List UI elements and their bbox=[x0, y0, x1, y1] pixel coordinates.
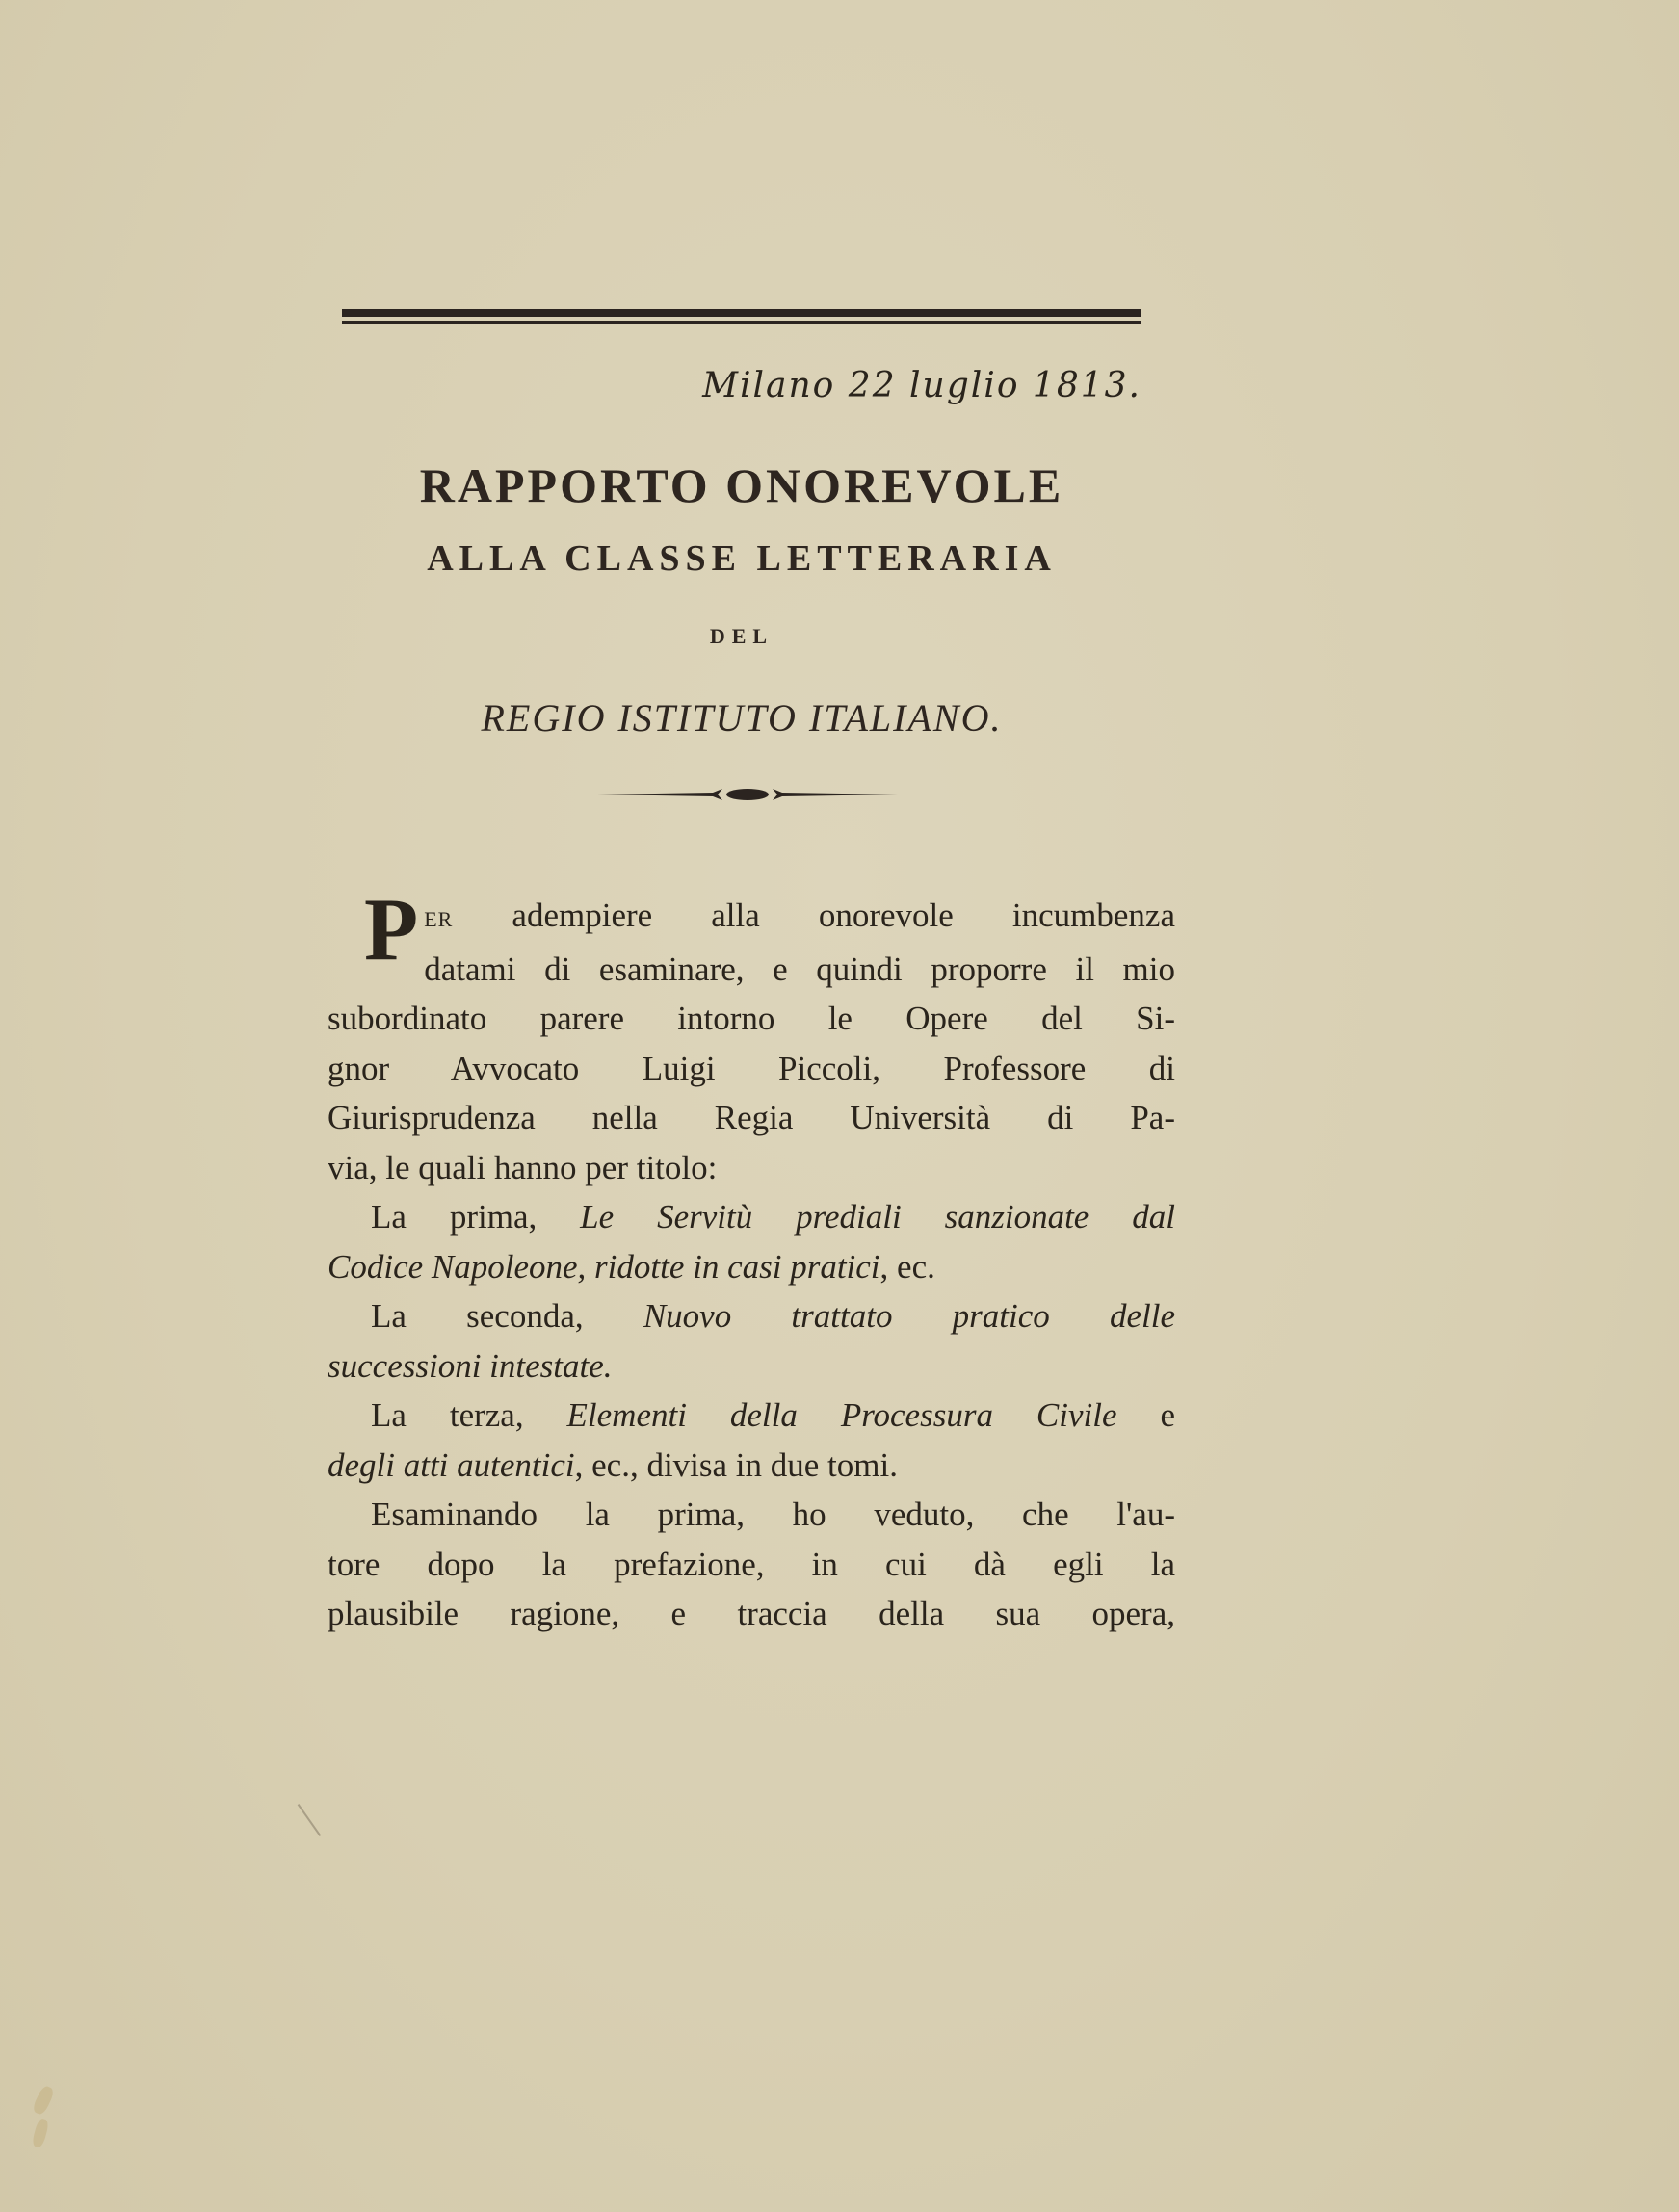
body-line: Giurisprudenza nella Regia Università di… bbox=[328, 1093, 1175, 1143]
title-line-4: REGIO ISTITUTO ITALIANO. bbox=[0, 695, 1483, 741]
body-line: plausibile ragione, e traccia della sua … bbox=[328, 1589, 1175, 1639]
title-line-3: DEL bbox=[0, 624, 1483, 649]
dateline: Milano 22 luglio 1813. bbox=[702, 366, 1141, 405]
paper-blemish bbox=[31, 2118, 49, 2148]
ornament-divider-icon bbox=[597, 785, 898, 804]
body-line: PER adempiere alla onorevole incumbenza bbox=[328, 891, 1175, 945]
body-line: Esaminando la prima, ho veduto, che l'au… bbox=[328, 1490, 1175, 1540]
paper-mark bbox=[298, 1804, 322, 1836]
work-3-line: La terza, Elementi della Processura Civi… bbox=[328, 1391, 1175, 1441]
drop-cap: P bbox=[364, 891, 418, 968]
body-line: via, le quali hanno per titolo: bbox=[328, 1143, 1175, 1193]
work-1-line: La prima, Le Servitù prediali sanzionate… bbox=[328, 1192, 1175, 1242]
work-2-line: La seconda, Nuovo trattato pratico delle bbox=[328, 1291, 1175, 1341]
body-line: gnor Avvocato Luigi Piccoli, Professore … bbox=[328, 1044, 1175, 1094]
title-line-1: RAPPORTO ONOREVOLE bbox=[0, 457, 1483, 513]
double-rule-divider bbox=[342, 309, 1141, 324]
body-line: datami di esaminare, e quindi proporre i… bbox=[328, 945, 1175, 995]
work-3-line: degli atti autentici, ec., divisa in due… bbox=[328, 1441, 1175, 1491]
title-line-2: ALLA CLASSE LETTERARIA bbox=[0, 537, 1483, 580]
work-2-line: successioni intestate. bbox=[328, 1341, 1175, 1392]
paper-blemish bbox=[31, 2084, 55, 2116]
body-line: tore dopo la prefazione, in cui dà egli … bbox=[328, 1540, 1175, 1590]
body-text: PER adempiere alla onorevole incumbenza … bbox=[328, 891, 1175, 1639]
book-page: Milano 22 luglio 1813. RAPPORTO ONOREVOL… bbox=[0, 0, 1679, 2212]
body-line: subordinato parere intorno le Opere del … bbox=[328, 994, 1175, 1044]
work-1-line: Codice Napoleone, ridotte in casi pratic… bbox=[328, 1242, 1175, 1292]
